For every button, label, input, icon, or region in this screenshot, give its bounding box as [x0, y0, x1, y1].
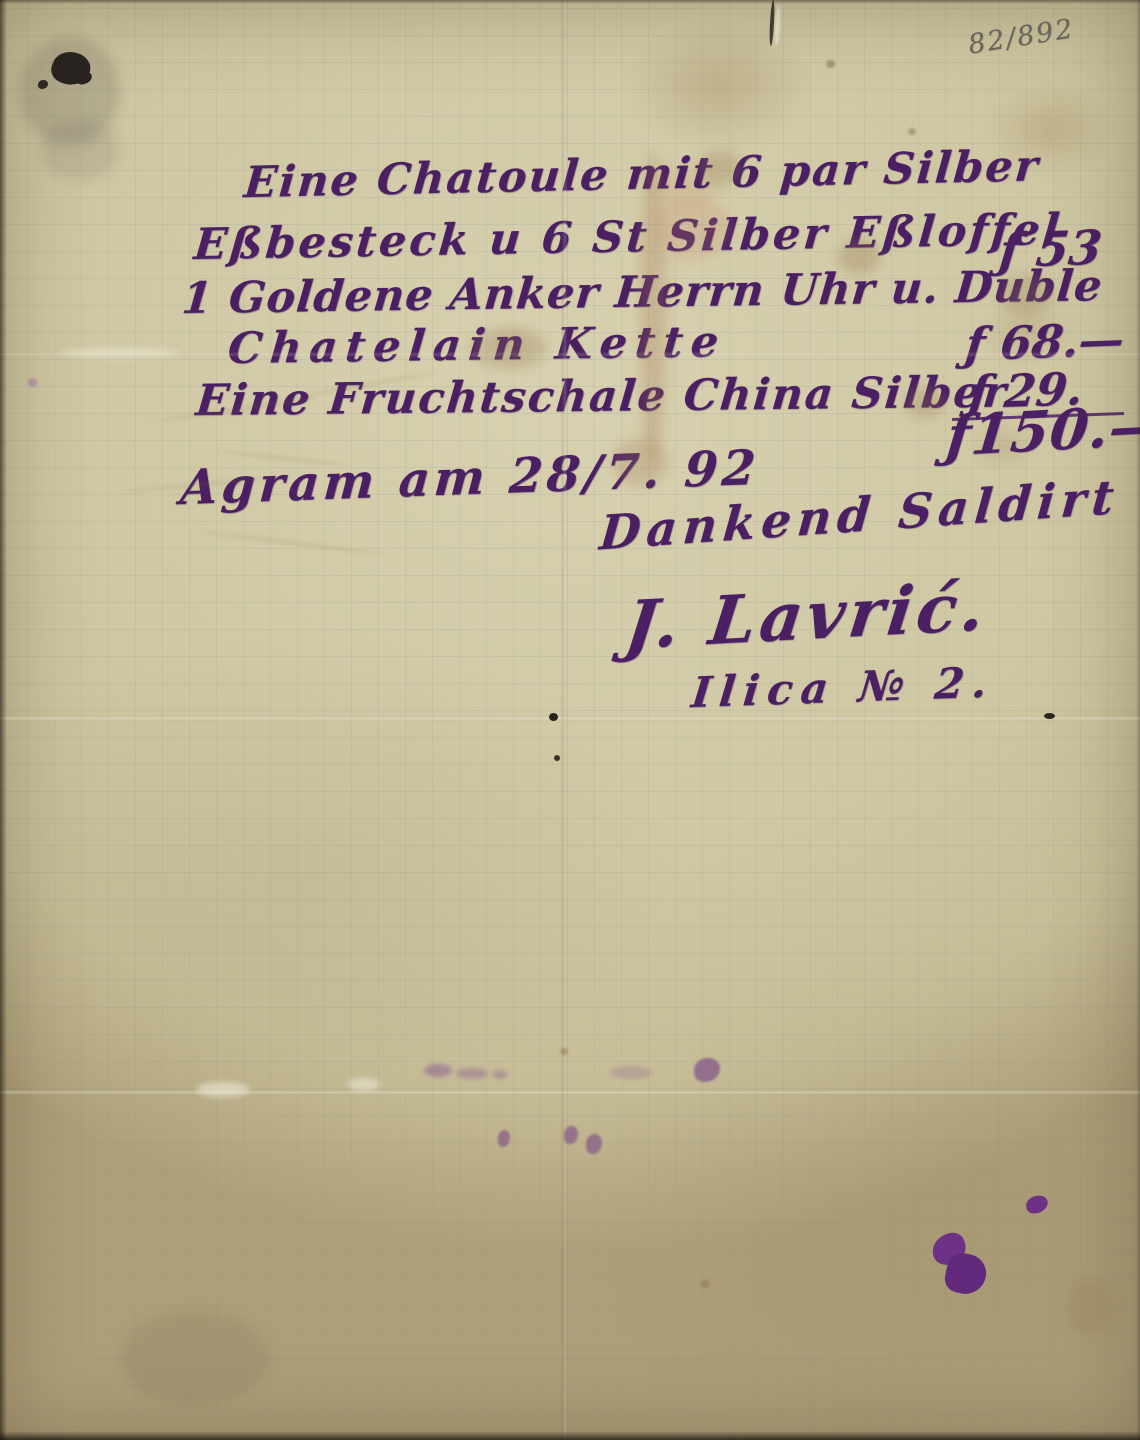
total-amount: ƒ150.—	[944, 397, 1140, 464]
foxing-stain	[470, 328, 548, 370]
foxing-stain	[655, 195, 730, 260]
purple-smudge	[694, 1058, 720, 1082]
foxing-stain	[120, 1310, 270, 1405]
foxing-dot	[908, 128, 916, 135]
purple-smudge	[610, 1066, 652, 1079]
foxing-stain	[700, 150, 740, 186]
signature: J. Lavrić.	[622, 573, 992, 658]
foxing-stain	[640, 150, 666, 470]
purple-dot	[586, 1134, 602, 1154]
receipt-line-4-amount: ƒ 68.—	[963, 316, 1126, 367]
horizontal-fold-crease-3	[0, 1090, 1140, 1095]
purple-dot	[498, 1130, 510, 1147]
purple-smudge	[424, 1064, 452, 1077]
crease-highlight	[60, 348, 180, 358]
crease-highlight	[196, 1082, 250, 1097]
foxing-dot	[700, 1280, 710, 1288]
purple-dot	[564, 1126, 578, 1144]
bleedthrough-marks	[200, 530, 389, 556]
dark-speck	[549, 713, 558, 721]
top-scan-edge	[0, 0, 1140, 4]
purple-smudge	[456, 1068, 488, 1079]
receipt-line-2: Eßbesteck u 6 St Silber Eßloffel	[192, 209, 1064, 267]
purple-ink-blot	[1025, 1194, 1050, 1215]
dark-speck	[1044, 713, 1055, 719]
foxing-stain	[905, 388, 945, 418]
right-scan-edge	[1136, 0, 1140, 1440]
receipt-document-page: 82/892 Eine Chatoule mit 6 par Silber Eß…	[0, 0, 1140, 1440]
foxing-dot	[826, 60, 835, 68]
foxing-stain	[1068, 1280, 1114, 1336]
foxing-stain	[612, 438, 667, 486]
address-line: Ilica № 2.	[690, 661, 997, 714]
smudge-stain	[40, 120, 120, 180]
crease-highlight	[348, 1078, 380, 1091]
archival-number: 82/892	[966, 13, 1077, 60]
foxing-stain	[1000, 275, 1052, 315]
left-scan-edge	[0, 0, 7, 1440]
horizontal-fold-crease-2	[0, 716, 1140, 721]
purple-dot	[28, 378, 37, 387]
bottom-scan-edge	[0, 1431, 1140, 1440]
purple-smudge	[492, 1070, 508, 1079]
dark-speck	[554, 755, 560, 761]
paper-tear-highlight	[774, 6, 781, 46]
foxing-stain	[838, 240, 880, 274]
receipt-line-1: Eine Chatoule mit 6 par Silber	[242, 145, 1041, 205]
foxing-dot	[560, 1048, 568, 1055]
